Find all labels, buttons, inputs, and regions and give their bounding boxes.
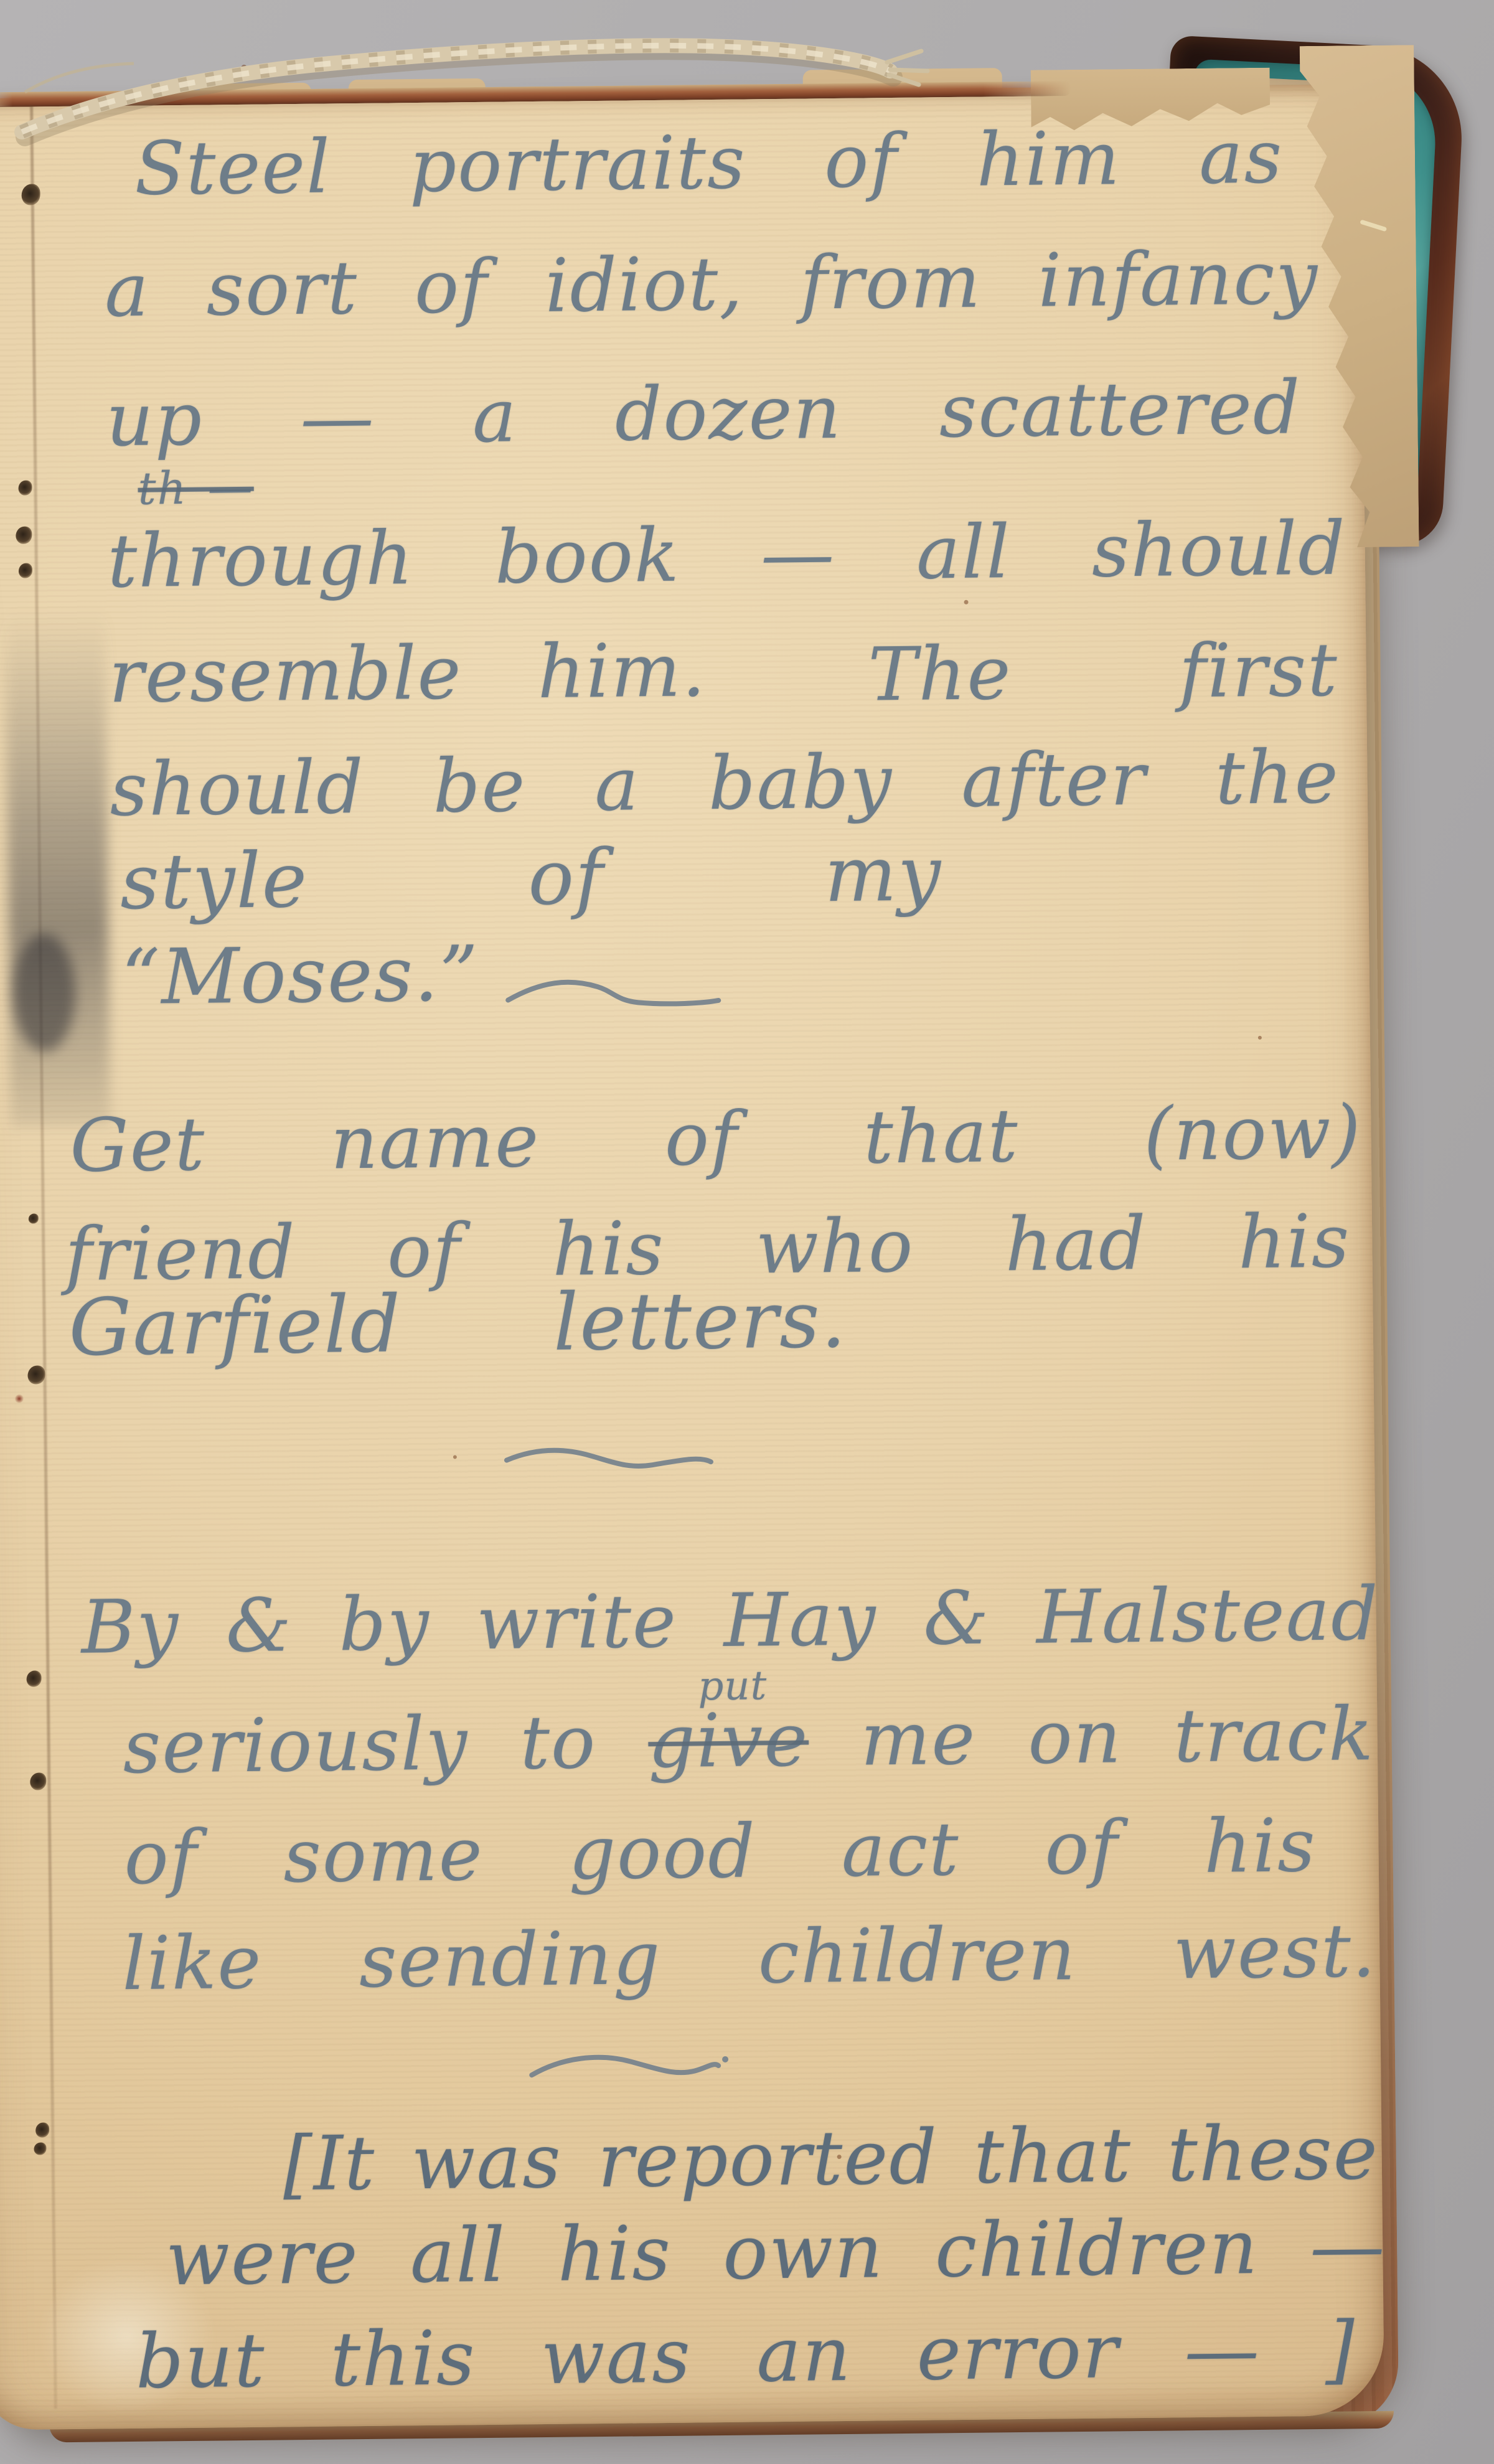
ink-flourish-divider-1 — [504, 973, 723, 1013]
handwriting-line-5a: resemble him. — [108, 624, 707, 723]
stitch-hole — [35, 2122, 49, 2137]
notebook: Steel portraits of him as a sort of idio… — [0, 0, 1494, 2464]
stitch-hole — [26, 1670, 41, 1686]
paper-speck — [1258, 1036, 1262, 1040]
handwriting-line-17: but this was an error — ] — [135, 2303, 1356, 2409]
graphite-smudge — [6, 609, 111, 1127]
notebook-photo: Steel portraits of him as a sort of idio… — [0, 0, 1494, 2464]
stitch-hole — [34, 2142, 46, 2155]
line12-after: me on track — [860, 1691, 1375, 1782]
ink-flourish-divider-3 — [528, 2041, 734, 2092]
paper-speck — [964, 600, 969, 604]
handwriting-line-6: should be a baby after the — [110, 731, 1340, 836]
handwriting-line-10: Garfield letters. — [68, 1271, 848, 1377]
handwriting-line-16: were all his own children — — [166, 2200, 1386, 2306]
stitch-hole — [21, 184, 40, 205]
binding-string — [6, 25, 952, 168]
stitch-hole — [19, 563, 32, 578]
handwriting-line-14: like sending children west. — [122, 1905, 1377, 2010]
line12-before: seriously to — [123, 1699, 597, 1790]
stitch-hole — [18, 480, 32, 495]
stitch-hole — [30, 1772, 46, 1790]
stitch-hole — [29, 1213, 39, 1223]
handwriting-line-2: a sort of idiot, from infancy — [104, 232, 1318, 337]
handwriting-line-11: By & by write Hay & Halstead — [81, 1568, 1379, 1673]
stitch-hole — [16, 527, 32, 544]
line12-inserted-word: put — [698, 1661, 768, 1711]
paper-speck — [453, 1455, 457, 1459]
handwriting-line-5b: The first — [868, 624, 1339, 721]
red-speck — [15, 1394, 24, 1403]
stitch-hole — [27, 1365, 45, 1384]
handwriting-line-8: Get name of that (now) — [70, 1086, 1362, 1192]
handwriting-line-13: of some good act of his — [124, 1800, 1317, 1904]
handwriting-line-3: up — a dozen scattered — [106, 362, 1302, 466]
handwriting-line-15: [It was reported that these — [283, 2107, 1379, 2211]
false-start-strikeout: th — — [138, 459, 300, 517]
handwriting-line-4: through book — all should — [107, 502, 1346, 607]
handwriting-line-12: seriously to give me on track put — [123, 1688, 1374, 1794]
ink-flourish-divider-2 — [503, 1437, 715, 1483]
